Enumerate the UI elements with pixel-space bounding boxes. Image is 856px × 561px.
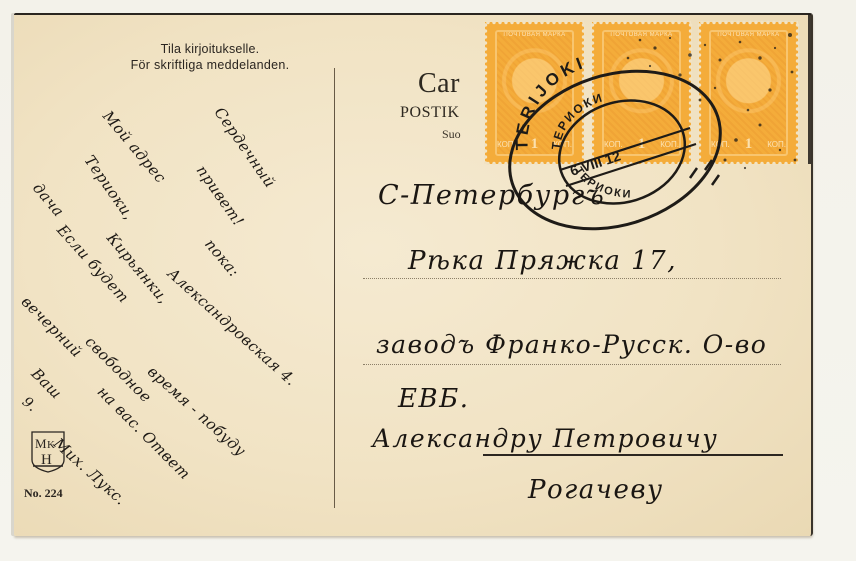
- stamp-value-band: КОП. 1 КОП.: [497, 138, 572, 150]
- stamp-value-band: КОП. 1 КОП.: [604, 138, 679, 150]
- stamp-value: 1: [531, 136, 539, 153]
- address-line: [363, 278, 781, 279]
- stamp-top-text: ПОЧТОВАЯ МАРКА: [610, 32, 673, 40]
- stamp-unit: КОП.: [553, 140, 572, 149]
- stamp-unit: КОП.: [767, 140, 786, 149]
- stamp-top-text: ПОЧТОВАЯ МАРКА: [503, 32, 566, 40]
- center-divider: [334, 68, 335, 508]
- svg-text:M: M: [35, 436, 47, 451]
- stamp-value: 1: [745, 136, 753, 153]
- address-recipient-surname: Рогачеву: [528, 475, 664, 505]
- postage-stamp: ПОЧТОВАЯ МАРКА КОП. 1 КОП.: [485, 22, 584, 164]
- address-street: Рѣка Пряжка 17,: [408, 246, 677, 276]
- address-recipient-name: Александру Петровичу: [372, 424, 718, 453]
- message-header-finnish: Tila kirjoitukselle.: [50, 42, 370, 56]
- address-underline: [483, 454, 783, 456]
- stamp-unit: КОП.: [604, 140, 623, 149]
- address-company: заводъ Франко-Русск. О-во: [376, 330, 767, 359]
- card-subtitle-small: Suo: [442, 127, 461, 142]
- stamp-unit: КОП.: [660, 140, 679, 149]
- address-line: [363, 364, 781, 365]
- postage-stamp: ПОЧТОВАЯ МАРКА КОП. 1 КОП.: [699, 22, 798, 164]
- stamp-unit: КОП.: [711, 140, 730, 149]
- address-honorific: ЕВБ.: [398, 384, 469, 414]
- stamp-top-text: ПОЧТОВАЯ МАРКА: [717, 32, 780, 40]
- postage-stamp: ПОЧТОВАЯ МАРКА КОП. 1 КОП.: [592, 22, 691, 164]
- card-title: Car: [418, 68, 460, 100]
- card-number: No. 224: [24, 486, 63, 501]
- stamp-value: 1: [638, 136, 646, 153]
- address-city: С-Петербургъ: [378, 180, 605, 211]
- card-subtitle: POSTIK: [400, 104, 460, 122]
- stamp-value-band: КОП. 1 КОП.: [711, 138, 786, 150]
- message-header-swedish: För skriftliga meddelanden.: [50, 58, 370, 72]
- stamp-unit: КОП.: [497, 140, 516, 149]
